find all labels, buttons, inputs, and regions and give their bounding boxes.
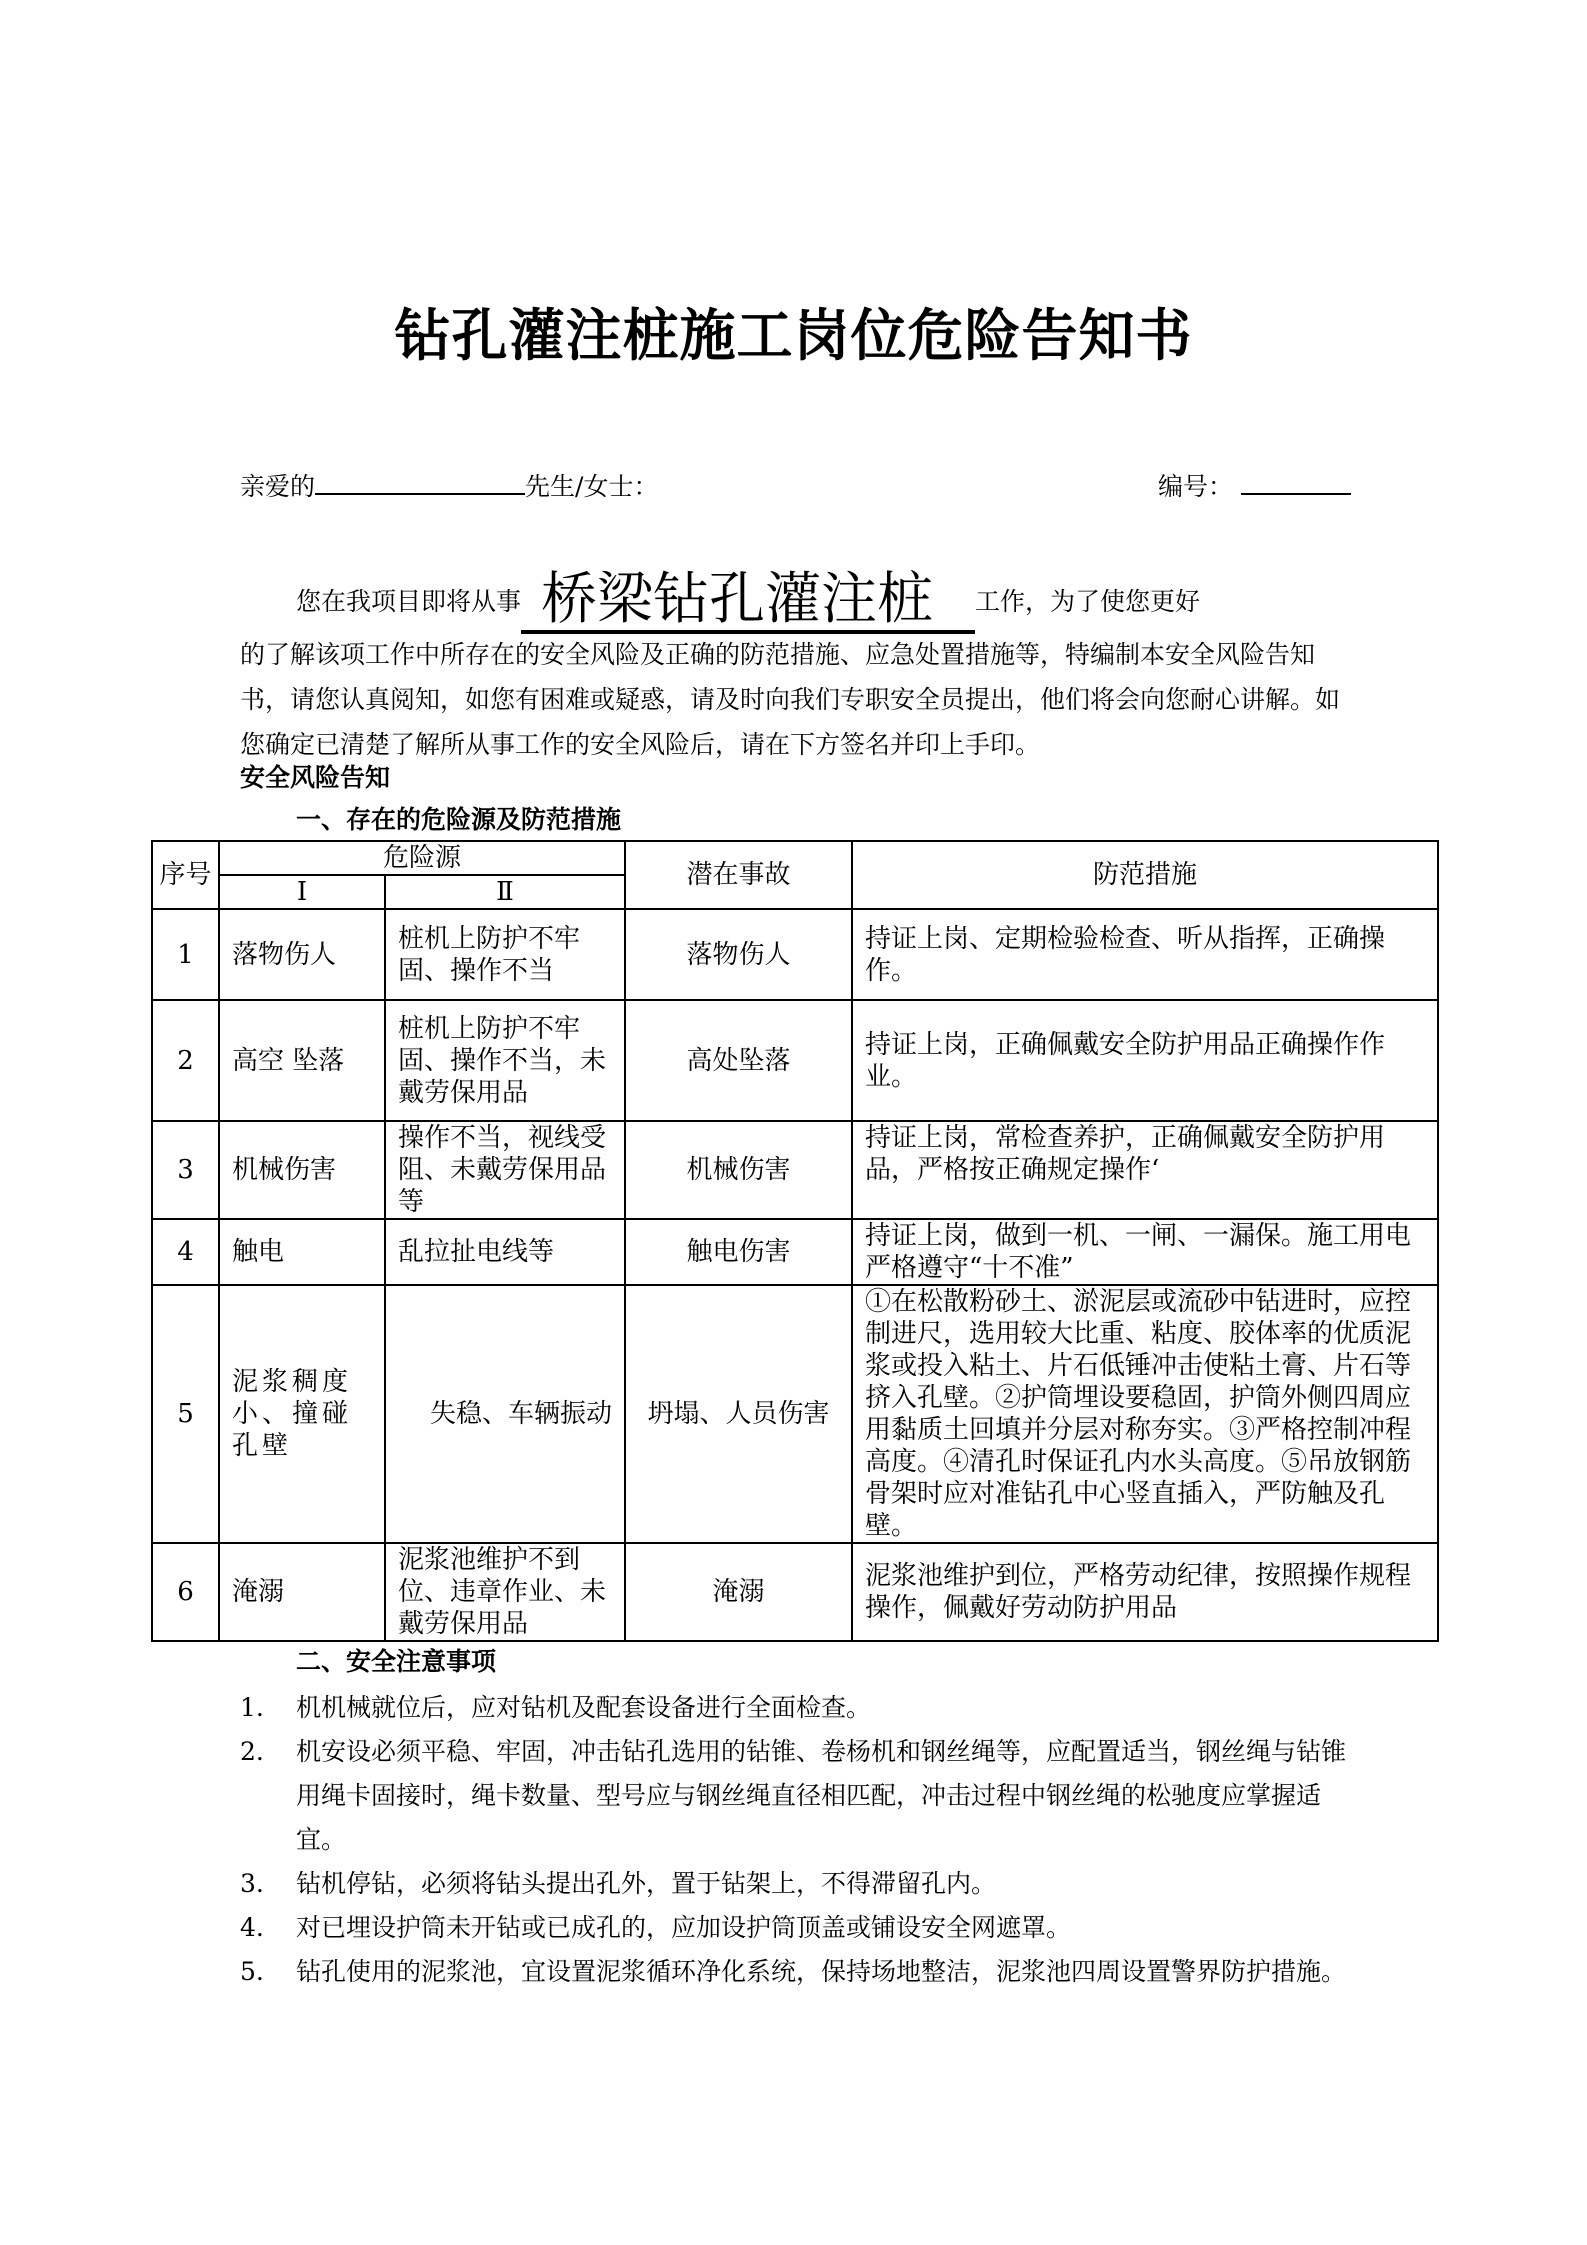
table-row: 2 高空 坠落 桩机上防护不牢固、操作不当，未戴劳保用品 高处坠落 持证上岗，正… — [152, 1000, 1438, 1121]
salutation: 亲爱的先生/女士： — [240, 467, 658, 503]
section-title: 安全风险告知 — [240, 758, 390, 794]
cell-accident: 坍塌、人员伤害 — [625, 1285, 852, 1543]
list-text: 对已埋设护筒未开钻或已成孔的，应加设护筒顶盖或铺设安全网遮罩。 — [296, 1913, 1071, 1942]
cell-hazard-I: 触电 — [219, 1219, 385, 1285]
header-hazard-source: 危险源 — [219, 841, 625, 875]
cell-seq: 6 — [152, 1543, 219, 1641]
list-number: 3. — [240, 1862, 264, 1906]
salutation-suffix: 先生/女士： — [525, 472, 658, 501]
cell-accident: 高处坠落 — [625, 1000, 852, 1121]
subsection-safety-notes-title: 二、安全注意事项 — [296, 1642, 496, 1678]
list-text: 机安设必须平稳、牢固，冲击钻孔选用的钻锥、卷杨机和钢丝绳等，应配置适当，钢丝绳与… — [296, 1737, 1346, 1854]
cell-accident: 机械伤害 — [625, 1121, 852, 1219]
cell-seq: 3 — [152, 1121, 219, 1219]
cell-seq: 4 — [152, 1219, 219, 1285]
job-name: 桥梁钻孔灌注桩 — [521, 570, 975, 634]
header-measures: 防范措施 — [852, 841, 1438, 909]
cell-accident: 触电伤害 — [625, 1219, 852, 1285]
list-item: 2.机安设必须平稳、牢固，冲击钻孔选用的钻锥、卷杨机和钢丝绳等，应配置适当，钢丝… — [240, 1730, 1350, 1862]
document-title: 钻孔灌注桩施工岗位危险告知书 — [0, 292, 1587, 372]
cell-measures: 持证上岗，做到一机、一闸、一漏保。施工用电严格遵守“十不准” — [852, 1219, 1438, 1285]
cell-seq: 5 — [152, 1285, 219, 1543]
list-item: 4.对已埋设护筒未开钻或已成孔的，应加设护筒顶盖或铺设安全网遮罩。 — [240, 1906, 1350, 1950]
cell-hazard-I: 机械伤害 — [219, 1121, 385, 1219]
cell-hazard-II: 操作不当，视线受阻、未戴劳保用品等 — [385, 1121, 625, 1219]
header-hazard-I: Ⅰ — [219, 875, 385, 909]
salutation-prefix: 亲爱的 — [240, 472, 315, 501]
cell-hazard-I: 淹溺 — [219, 1543, 385, 1641]
list-number: 2. — [240, 1730, 264, 1774]
table-row: 5 泥浆稠度小、撞碰孔壁 失稳、车辆振动 坍塌、人员伤害 ①在松散粉砂土、淤泥层… — [152, 1285, 1438, 1543]
header-potential-accident: 潜在事故 — [625, 841, 852, 909]
intro-text-after: 工作，为了使您更好 — [975, 587, 1200, 616]
serial-blank-field[interactable] — [1241, 469, 1351, 495]
hazard-table: 序号 危险源 潜在事故 防范措施 Ⅰ Ⅱ 1 落物伤人 桩机上防护不牢固、操作不… — [151, 840, 1439, 1642]
cell-hazard-II: 失稳、车辆振动 — [385, 1285, 625, 1543]
list-item: 3.钻机停钻，必须将钻头提出孔外，置于钻架上，不得滞留孔内。 — [240, 1862, 1350, 1906]
list-number: 5. — [240, 1950, 264, 1994]
cell-measures: 持证上岗，正确佩戴安全防护用品正确操作作业。 — [852, 1000, 1438, 1121]
table-row: 6 淹溺 泥浆池维护不到位、违章作业、未戴劳保用品 淹溺 泥浆池维护到位，严格劳… — [152, 1543, 1438, 1641]
cell-measures: 持证上岗，常检查养护，正确佩戴安全防护用品，严格按正确规定操作‘ — [852, 1121, 1438, 1219]
intro-text-before: 您在我项目即将从事 — [296, 587, 521, 616]
cell-accident: 淹溺 — [625, 1543, 852, 1641]
list-text: 机机械就位后，应对钻机及配套设备进行全面检查。 — [296, 1693, 871, 1722]
table-row: 1 落物伤人 桩机上防护不牢固、操作不当 落物伤人 持证上岗、定期检验检查、听从… — [152, 909, 1438, 1000]
cell-hazard-II: 桩机上防护不牢固、操作不当 — [385, 909, 625, 1000]
cell-hazard-II: 泥浆池维护不到位、违章作业、未戴劳保用品 — [385, 1543, 625, 1641]
cell-measures: ①在松散粉砂土、淤泥层或流砂中钻进时，应控制进尺，选用较大比重、粘度、胶体率的优… — [852, 1285, 1438, 1543]
list-item: 1.机机械就位后，应对钻机及配套设备进行全面检查。 — [240, 1686, 1350, 1730]
table-row: 3 机械伤害 操作不当，视线受阻、未戴劳保用品等 机械伤害 持证上岗，常检查养护… — [152, 1121, 1438, 1219]
list-text: 钻机停钻，必须将钻头提出孔外，置于钻架上，不得滞留孔内。 — [296, 1869, 996, 1898]
cell-hazard-I: 落物伤人 — [219, 909, 385, 1000]
cell-measures: 泥浆池维护到位，严格劳动纪律，按照操作规程操作，佩戴好劳动防护用品 — [852, 1543, 1438, 1641]
list-number: 4. — [240, 1906, 264, 1950]
cell-hazard-I: 泥浆稠度小、撞碰孔壁 — [219, 1285, 385, 1543]
header-hazard-II: Ⅱ — [385, 875, 625, 909]
cell-hazard-II: 乱拉扯电线等 — [385, 1219, 625, 1285]
intro-first-line: 您在我项目即将从事桥梁钻孔灌注桩工作，为了使您更好 — [240, 570, 1352, 634]
name-blank-field[interactable] — [315, 469, 525, 495]
serial-number: 编号： — [1158, 467, 1351, 503]
cell-seq: 2 — [152, 1000, 219, 1121]
serial-label: 编号： — [1158, 472, 1233, 501]
header-seq: 序号 — [152, 841, 219, 909]
cell-seq: 1 — [152, 909, 219, 1000]
list-text: 钻孔使用的泥浆池，宜设置泥浆循环净化系统，保持场地整洁，泥浆池四周设置警界防护措… — [296, 1957, 1346, 1986]
intro-paragraph: 您在我项目即将从事桥梁钻孔灌注桩工作，为了使您更好 的了解该项工作中所存在的安全… — [240, 570, 1352, 767]
intro-rest: 的了解该项工作中所存在的安全风险及正确的防范措施、应急处置措施等，特编制本安全风… — [240, 632, 1352, 767]
table-row: 4 触电 乱拉扯电线等 触电伤害 持证上岗，做到一机、一闸、一漏保。施工用电严格… — [152, 1219, 1438, 1285]
cell-hazard-II: 桩机上防护不牢固、操作不当，未戴劳保用品 — [385, 1000, 625, 1121]
list-number: 1. — [240, 1686, 264, 1730]
cell-accident: 落物伤人 — [625, 909, 852, 1000]
cell-measures: 持证上岗、定期检验检查、听从指挥，正确操作。 — [852, 909, 1438, 1000]
subsection-hazards-title: 一、存在的危险源及防范措施 — [296, 800, 621, 836]
list-item: 5.钻孔使用的泥浆池，宜设置泥浆循环净化系统，保持场地整洁，泥浆池四周设置警界防… — [240, 1950, 1350, 1994]
cell-hazard-I: 高空 坠落 — [219, 1000, 385, 1121]
safety-notes-list: 1.机机械就位后，应对钻机及配套设备进行全面检查。 2.机安设必须平稳、牢固，冲… — [240, 1686, 1350, 1994]
